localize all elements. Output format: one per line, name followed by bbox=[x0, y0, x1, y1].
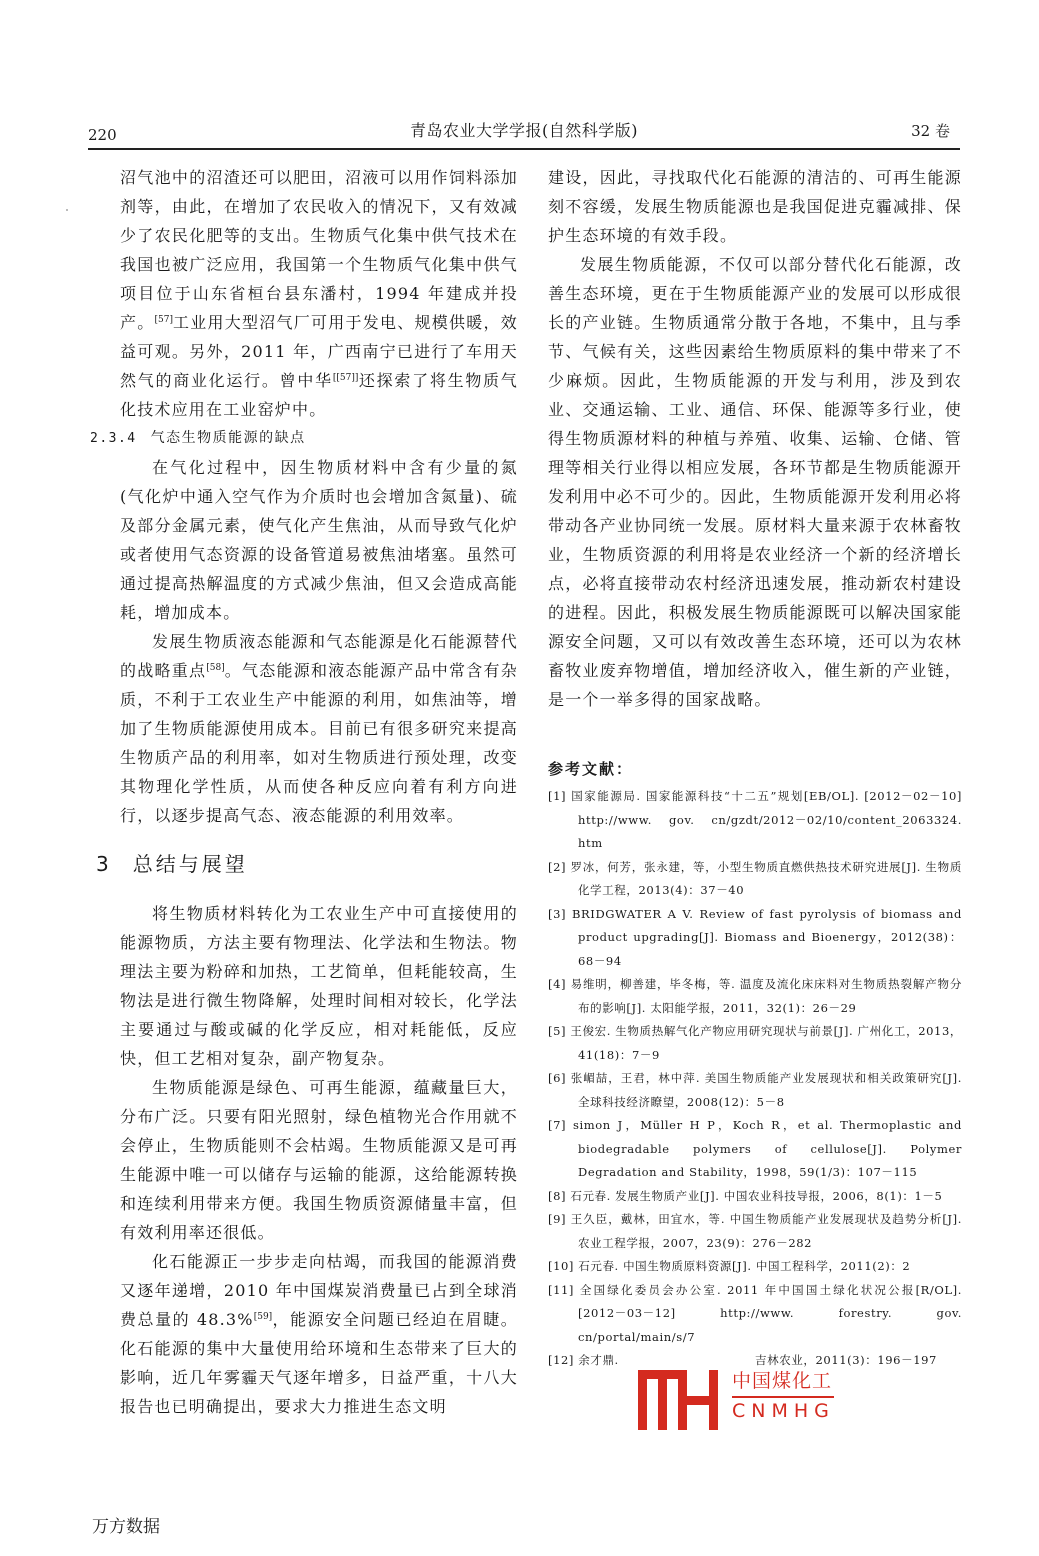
subsection-title: 气态生物质能源的缺点 bbox=[151, 430, 306, 446]
citation: [59] bbox=[254, 1312, 272, 1322]
watermark-divider bbox=[732, 1396, 834, 1398]
citation: [58] bbox=[206, 663, 224, 673]
cnmhg-logo-icon bbox=[638, 1370, 718, 1430]
paragraph-text: 沼气池中的沼渣还可以肥田，沼液可以用作饲料添加剂等，由此，在增加了农民收入的情况… bbox=[120, 168, 518, 332]
paragraph: 生物质能源是绿色、可再生能源，蕴藏量巨大，分布广泛。只要有阳光照射，绿色植物光合… bbox=[120, 1073, 518, 1247]
watermark-english: CNMHG bbox=[732, 1400, 835, 1422]
journal-title: 青岛农业大学学报(自然科学版) bbox=[88, 118, 960, 141]
section-title: 总结与展望 bbox=[133, 852, 248, 876]
right-column: 建设，因此，寻找取代化石能源的清洁的、可再生能源刻不容缓，发展生物质能源也是我国… bbox=[548, 163, 962, 1373]
reference-item: [7] simon J，Müller H P，Koch R，et al. The… bbox=[548, 1114, 962, 1185]
paragraph: 发展生物质液态能源和气态能源是化石能源替代的战略重点[58]。气态能源和液态能源… bbox=[120, 627, 518, 830]
watermark-chinese: 中国煤化工 bbox=[732, 1366, 832, 1393]
watermark: 中国煤化工 CNMHG bbox=[638, 1366, 878, 1434]
reference-item: [9] 王久臣，戴林，田宜水，等. 中国生物质能产业发展现状及趋势分析[J]. … bbox=[548, 1208, 962, 1255]
left-column: 沼气池中的沼渣还可以肥田，沼液可以用作饲料添加剂等，由此，在增加了农民收入的情况… bbox=[120, 163, 518, 1421]
reference-item: [8] 石元春. 发展生物质产业[J]. 中国农业科技导报，2006，8(1)：… bbox=[548, 1185, 962, 1209]
reference-item: [2] 罗冰，何芳，张永建，等，小型生物质直燃供热技术研究进展[J]. 生物质化… bbox=[548, 856, 962, 903]
reference-item: [3] BRIDGWATER A V. Review of fast pyrol… bbox=[548, 903, 962, 974]
reference-item: [6] 张嵋喆，王君，林中萍. 美国生物质能产业发展现状和相关政策研究[J]. … bbox=[548, 1067, 962, 1114]
running-header: 220 青岛农业大学学报(自然科学版) 32 卷 bbox=[88, 118, 960, 146]
section-number: 3 bbox=[96, 852, 109, 876]
scan-speck bbox=[66, 209, 68, 211]
footer-source: 万方数据 bbox=[92, 1512, 160, 1537]
paragraph: 将生物质材料转化为工农业生产中可直接使用的能源物质，方法主要有物理法、化学法和生… bbox=[120, 899, 518, 1073]
paragraph: 建设，因此，寻找取代化石能源的清洁的、可再生能源刻不容缓，发展生物质能源也是我国… bbox=[548, 163, 962, 250]
references-heading: 参考文献： bbox=[548, 758, 962, 779]
reference-item: [11] 全国绿化委员会办公室. 2011 年中国国土绿化状况公报[R/OL].… bbox=[548, 1279, 962, 1350]
section-heading: 3总结与展望 bbox=[96, 848, 518, 877]
header-rule bbox=[88, 148, 960, 150]
paragraph: 发展生物质能源，不仅可以部分替代化石能源，改善生态环境，更在于生物质能源产业的发… bbox=[548, 250, 962, 714]
paragraph-text: 。气态能源和液态能源产品中常含有杂质，不利于工农业生产中能源的利用，如焦油等，增… bbox=[120, 661, 518, 825]
paragraph: 化石能源正一步步走向枯竭，而我国的能源消费又逐年递增，2010 年中国煤炭消费量… bbox=[120, 1247, 518, 1421]
reference-list: [1] 国家能源局. 国家能源科技“十二五”规划[EB/OL]. [2012－0… bbox=[548, 785, 962, 1373]
subsection-heading: 2.3.4气态生物质能源的缺点 bbox=[90, 424, 518, 453]
reference-item: [4] 易维明，柳善建，毕冬梅，等. 温度及流化床床料对生物质热裂解产物分布的影… bbox=[548, 973, 962, 1020]
paragraph: 在气化过程中，因生物质材料中含有少量的氮(气化炉中通入空气作为介质时也会增加含氮… bbox=[120, 453, 518, 627]
volume-label: 32 卷 bbox=[911, 120, 950, 141]
citation: [[57]] bbox=[333, 373, 359, 383]
subsection-number: 2.3.4 bbox=[90, 431, 137, 446]
citation: [57] bbox=[155, 315, 173, 325]
reference-item: [1] 国家能源局. 国家能源科技“十二五”规划[EB/OL]. [2012－0… bbox=[548, 785, 962, 856]
reference-item: [10] 石元春. 中国生物质原料资源[J]. 中国工程科学，2011(2)：2 bbox=[548, 1255, 962, 1279]
paragraph: 沼气池中的沼渣还可以肥田，沼液可以用作饲料添加剂等，由此，在增加了农民收入的情况… bbox=[120, 163, 518, 424]
reference-item: [5] 王俊宏. 生物质热解气化产物应用研究现状与前景[J]. 广州化工，201… bbox=[548, 1020, 962, 1067]
